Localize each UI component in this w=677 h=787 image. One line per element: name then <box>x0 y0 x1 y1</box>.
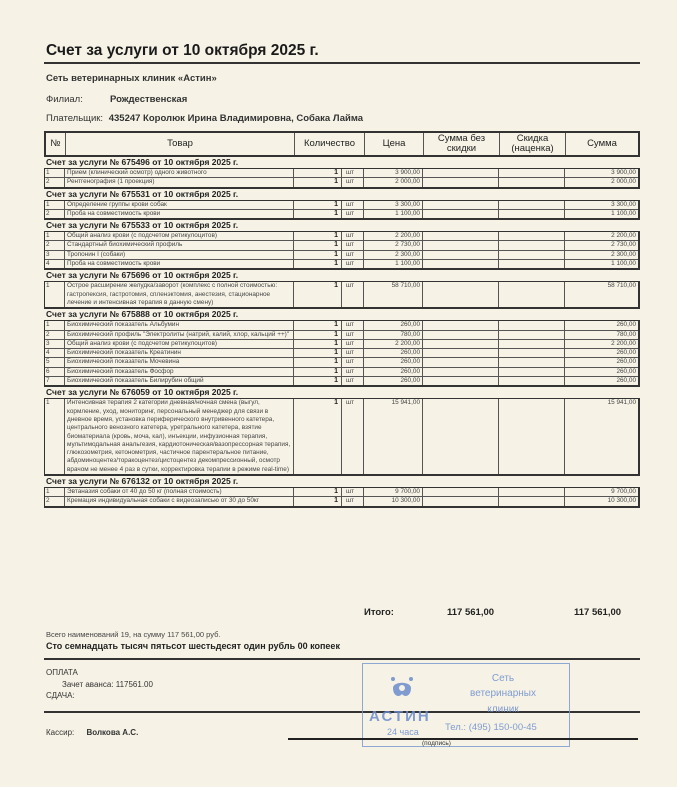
row-qty-value: 1 <box>294 377 342 385</box>
row-name: Эвтаназия собаки от 40 до 50 кг (полная … <box>65 488 294 496</box>
stamp-line-3: клиник <box>453 704 553 715</box>
row-sum: 9 700,00 <box>565 488 638 496</box>
row-sum-no-discount <box>423 169 499 177</box>
row-sum-no-discount <box>423 210 499 218</box>
row-sum: 2 000,00 <box>565 178 638 186</box>
row-unit: шт <box>342 260 363 268</box>
row-price: 260,00 <box>364 368 423 376</box>
row-sum-no-discount <box>423 232 499 240</box>
row-name: Общий анализ крови (с подсчетом ретикуло… <box>65 232 294 240</box>
row-price: 2 200,00 <box>364 232 423 240</box>
row-qty-value: 1 <box>294 488 342 496</box>
row-qty: 1шт <box>294 399 364 474</box>
invoice-group: 1Острое расширение желудка/заворот (комп… <box>44 281 640 309</box>
row-price: 1 100,00 <box>364 260 423 268</box>
row-qty: 1шт <box>294 260 364 268</box>
table-header: № Товар Количество Цена Сумма без скидки… <box>44 131 640 157</box>
table-row: 1Интенсивная терапия 2 категории дневная… <box>45 399 638 474</box>
row-sum: 2 730,00 <box>565 241 638 249</box>
row-price: 2 000,00 <box>364 178 423 186</box>
row-no: 3 <box>45 340 65 348</box>
row-qty: 1шт <box>294 497 364 505</box>
row-sum-no-discount <box>423 260 499 268</box>
organization-name: Сеть ветеринарных клиник «Астин» <box>46 73 217 84</box>
row-unit: шт <box>342 169 363 177</box>
row-qty-value: 1 <box>294 178 342 186</box>
signature-caption: (подпись) <box>422 740 451 747</box>
row-qty: 1шт <box>294 488 364 496</box>
row-discount <box>499 201 565 209</box>
row-sum-no-discount <box>423 201 499 209</box>
row-unit: шт <box>342 340 363 348</box>
invoice-group: 1Интенсивная терапия 2 категории дневная… <box>44 398 640 476</box>
row-qty: 1шт <box>294 178 364 186</box>
invoice-group-title: Счет за услуги № 675888 от 10 октября 20… <box>44 309 640 320</box>
row-qty: 1шт <box>294 331 364 339</box>
table-row: 1Острое расширение желудка/заворот (комп… <box>45 282 638 307</box>
row-sum-no-discount <box>423 488 499 496</box>
row-sum: 780,00 <box>565 331 638 339</box>
row-name: Интенсивная терапия 2 категории дневная/… <box>65 399 294 474</box>
row-qty-value: 1 <box>294 358 342 366</box>
row-no: 2 <box>45 331 65 339</box>
row-unit: шт <box>342 321 363 329</box>
table-row: 1Прием (клинический осмотр) одного живот… <box>45 169 638 178</box>
row-price: 15 941,00 <box>364 399 423 474</box>
row-sum: 2 200,00 <box>565 340 638 348</box>
row-qty: 1шт <box>294 368 364 376</box>
row-price: 260,00 <box>364 377 423 385</box>
row-qty: 1шт <box>294 210 364 218</box>
row-price: 2 300,00 <box>364 251 423 259</box>
row-qty: 1шт <box>294 251 364 259</box>
invoice-group-title: Счет за услуги № 676059 от 10 октября 20… <box>44 387 640 398</box>
row-qty-value: 1 <box>294 399 342 474</box>
row-sum: 260,00 <box>565 368 638 376</box>
row-name: Проба на совместимость крови <box>65 260 294 268</box>
row-sum: 2 200,00 <box>565 232 638 240</box>
row-sum: 260,00 <box>565 349 638 357</box>
signature-line <box>288 738 638 740</box>
header-name: Товар <box>66 133 295 155</box>
row-name: Биохимический показатель Мочевина <box>65 358 294 366</box>
invoice-group: 1Определение группы крови собак1шт3 300,… <box>44 200 640 221</box>
header-no: № <box>46 133 66 155</box>
row-price: 3 300,00 <box>364 201 423 209</box>
row-price: 2 200,00 <box>364 340 423 348</box>
row-no: 1 <box>45 282 65 307</box>
row-sum-no-discount <box>423 241 499 249</box>
divider <box>44 658 640 660</box>
row-no: 2 <box>45 210 65 218</box>
row-name: Биохимический профиль "Электролиты (натр… <box>65 331 294 339</box>
header-discount: Скидка (наценка) <box>500 133 566 155</box>
row-unit: шт <box>342 377 363 385</box>
row-unit: шт <box>342 497 363 505</box>
row-sum: 1 100,00 <box>565 210 638 218</box>
row-sum: 10 300,00 <box>565 497 638 505</box>
clinic-stamp: АСТИН 24 часа Сеть ветеринарных клиник Т… <box>362 663 570 747</box>
row-discount <box>499 321 565 329</box>
row-sum-no-discount <box>423 321 499 329</box>
row-name: Кремация индивидуальная собаки с видеоза… <box>65 497 294 505</box>
row-price: 2 730,00 <box>364 241 423 249</box>
row-discount <box>499 488 565 496</box>
row-unit: шт <box>342 368 363 376</box>
cashier-label: Кассир: <box>46 728 74 737</box>
header-sum-no-discount: Сумма без скидки <box>424 133 500 155</box>
stamp-hours: 24 часа <box>387 727 419 737</box>
row-qty: 1шт <box>294 282 364 307</box>
title-divider <box>44 62 640 64</box>
row-discount <box>499 169 565 177</box>
row-sum-no-discount <box>423 497 499 505</box>
row-qty-value: 1 <box>294 349 342 357</box>
row-price: 1 100,00 <box>364 210 423 218</box>
advance-offset: Зачет аванса: 117561.00 <box>62 680 153 689</box>
row-qty-value: 1 <box>294 210 342 218</box>
row-discount <box>499 331 565 339</box>
table-row: 2Проба на совместимость крови1шт1 100,00… <box>45 210 638 218</box>
paw-logo-icon <box>389 676 415 700</box>
cashier-line: Кассир: Волкова А.С. <box>46 728 138 737</box>
row-discount <box>499 377 565 385</box>
row-unit: шт <box>342 358 363 366</box>
row-unit: шт <box>342 349 363 357</box>
table-row: 1Эвтаназия собаки от 40 до 50 кг (полная… <box>45 488 638 497</box>
row-discount <box>499 260 565 268</box>
row-discount <box>499 340 565 348</box>
row-no: 2 <box>45 178 65 186</box>
row-discount <box>499 241 565 249</box>
row-discount <box>499 232 565 240</box>
row-sum-no-discount <box>423 349 499 357</box>
table-row: 7Биохимический показатель Билирубин общи… <box>45 377 638 385</box>
invoice-page: Счет за услуги от 10 октября 2025 г. Сет… <box>0 0 677 787</box>
row-no: 2 <box>45 497 65 505</box>
row-no: 1 <box>45 169 65 177</box>
row-qty: 1шт <box>294 349 364 357</box>
row-no: 6 <box>45 368 65 376</box>
row-sum-no-discount <box>423 331 499 339</box>
row-price: 780,00 <box>364 331 423 339</box>
row-name: Общий анализ крови (с подсчетом ретикуло… <box>65 340 294 348</box>
row-qty-value: 1 <box>294 169 342 177</box>
row-discount <box>499 349 565 357</box>
payer-line: Плательщик: 435247 Королюк Ирина Владими… <box>46 113 363 124</box>
totals-price-sum: 117 561,00 <box>447 607 494 618</box>
row-unit: шт <box>342 232 363 240</box>
row-unit: шт <box>342 251 363 259</box>
row-discount <box>499 399 565 474</box>
row-discount <box>499 282 565 307</box>
row-sum: 15 941,00 <box>565 399 638 474</box>
row-sum-no-discount <box>423 251 499 259</box>
row-sum-no-discount <box>423 178 499 186</box>
row-price: 58 710,00 <box>364 282 423 307</box>
page-title: Счет за услуги от 10 октября 2025 г. <box>46 42 319 60</box>
table-row: 2Стандартный биохимический профиль1шт2 7… <box>45 241 638 250</box>
row-price: 3 900,00 <box>364 169 423 177</box>
row-sum-no-discount <box>423 282 499 307</box>
row-price: 260,00 <box>364 358 423 366</box>
stamp-line-1: Сеть <box>453 673 553 684</box>
invoice-group: 1Эвтаназия собаки от 40 до 50 кг (полная… <box>44 487 640 508</box>
row-qty-value: 1 <box>294 497 342 505</box>
row-qty: 1шт <box>294 201 364 209</box>
row-price: 260,00 <box>364 321 423 329</box>
row-qty: 1шт <box>294 340 364 348</box>
row-name: Биохимический показатель Креатинин <box>65 349 294 357</box>
row-name: Биохимический показатель Билирубин общий <box>65 377 294 385</box>
row-sum: 260,00 <box>565 377 638 385</box>
payer-value: 435247 Королюк Ирина Владимировна, Собак… <box>109 113 363 124</box>
invoice-group-title: Счет за услуги № 675531 от 10 октября 20… <box>44 189 640 200</box>
row-no: 1 <box>45 201 65 209</box>
row-discount <box>499 358 565 366</box>
row-unit: шт <box>342 210 363 218</box>
row-qty-value: 1 <box>294 282 342 307</box>
row-no: 7 <box>45 377 65 385</box>
invoice-group-title: Счет за услуги № 676132 от 10 октября 20… <box>44 476 640 487</box>
row-no: 4 <box>45 260 65 268</box>
row-name: Прием (клинический осмотр) одного животн… <box>65 169 294 177</box>
row-qty-value: 1 <box>294 251 342 259</box>
row-discount <box>499 178 565 186</box>
row-qty: 1шт <box>294 241 364 249</box>
services-table: № Товар Количество Цена Сумма без скидки… <box>44 131 640 508</box>
table-row: 6Биохимический показатель Фосфор1шт260,0… <box>45 368 638 377</box>
row-qty-value: 1 <box>294 201 342 209</box>
row-unit: шт <box>342 488 363 496</box>
row-no: 1 <box>45 488 65 496</box>
row-price: 9 700,00 <box>364 488 423 496</box>
branch-value: Рождественская <box>110 94 187 105</box>
row-qty: 1шт <box>294 232 364 240</box>
invoice-group-title: Счет за услуги № 675533 от 10 октября 20… <box>44 220 640 231</box>
row-discount <box>499 368 565 376</box>
row-name: Определение группы крови собак <box>65 201 294 209</box>
invoice-group: 1Общий анализ крови (с подсчетом ретикул… <box>44 231 640 270</box>
items-count-line: Всего наименований 19, на сумму 117 561,… <box>46 630 221 639</box>
row-qty: 1шт <box>294 377 364 385</box>
row-qty-value: 1 <box>294 368 342 376</box>
row-qty-value: 1 <box>294 340 342 348</box>
table-row: 1Определение группы крови собак1шт3 300,… <box>45 201 638 210</box>
row-qty-value: 1 <box>294 232 342 240</box>
row-no: 4 <box>45 349 65 357</box>
row-qty: 1шт <box>294 169 364 177</box>
totals-sum: 117 561,00 <box>574 607 621 618</box>
table-row: 2Рентгенография (1 проекция)1шт2 000,002… <box>45 178 638 186</box>
row-unit: шт <box>342 241 363 249</box>
row-sum-no-discount <box>423 340 499 348</box>
row-sum: 1 100,00 <box>565 260 638 268</box>
stamp-line-2: ветеринарных <box>453 688 553 699</box>
table-row: 1Биохимический показатель Альбумин1шт260… <box>45 321 638 330</box>
row-name: Проба на совместимость крови <box>65 210 294 218</box>
row-sum-no-discount <box>423 399 499 474</box>
row-unit: шт <box>342 178 363 186</box>
row-no: 3 <box>45 251 65 259</box>
amount-in-words: Сто семнадцать тысяч пятьсот шестьдесят … <box>46 641 340 651</box>
row-unit: шт <box>342 201 363 209</box>
row-unit: шт <box>342 331 363 339</box>
row-no: 1 <box>45 321 65 329</box>
row-no: 1 <box>45 399 65 474</box>
row-sum-no-discount <box>423 368 499 376</box>
row-name: Острое расширение желудка/заворот (компл… <box>65 282 294 307</box>
row-qty-value: 1 <box>294 331 342 339</box>
row-sum: 260,00 <box>565 321 638 329</box>
row-name: Тропонин I (собаки) <box>65 251 294 259</box>
row-sum: 2 300,00 <box>565 251 638 259</box>
table-row: 2Кремация индивидуальная собаки с видеоз… <box>45 497 638 505</box>
totals-label: Итого: <box>364 607 394 618</box>
row-name: Стандартный биохимический профиль <box>65 241 294 249</box>
payment-label: ОПЛАТА <box>46 668 78 677</box>
invoice-group-title: Счет за услуги № 675496 от 10 октября 20… <box>44 157 640 168</box>
row-sum-no-discount <box>423 358 499 366</box>
header-qty: Количество <box>295 133 365 155</box>
table-row: 3Общий анализ крови (с подсчетом ретикул… <box>45 340 638 349</box>
row-name: Биохимический показатель Альбумин <box>65 321 294 329</box>
cashier-name: Волкова А.С. <box>86 728 138 737</box>
row-price: 260,00 <box>364 349 423 357</box>
row-qty: 1шт <box>294 358 364 366</box>
branch-line: Филиал: Рождественская <box>46 94 83 105</box>
row-qty-value: 1 <box>294 241 342 249</box>
row-name: Рентгенография (1 проекция) <box>65 178 294 186</box>
row-no: 2 <box>45 241 65 249</box>
change-label: СДАЧА: <box>46 691 75 700</box>
row-qty-value: 1 <box>294 321 342 329</box>
row-qty: 1шт <box>294 321 364 329</box>
row-discount <box>499 251 565 259</box>
stamp-phone: Тел.: (495) 150-00-45 <box>445 722 537 733</box>
row-price: 10 300,00 <box>364 497 423 505</box>
stamp-brand: АСТИН <box>369 708 431 725</box>
invoice-group: 1Прием (клинический осмотр) одного живот… <box>44 168 640 189</box>
row-unit: шт <box>342 282 363 307</box>
table-row: 3Тропонин I (собаки)1шт2 300,002 300,00 <box>45 251 638 260</box>
header-price: Цена <box>365 133 424 155</box>
table-row: 2Биохимический профиль "Электролиты (нат… <box>45 331 638 340</box>
table-row: 5Биохимический показатель Мочевина1шт260… <box>45 358 638 367</box>
row-sum: 260,00 <box>565 358 638 366</box>
row-name: Биохимический показатель Фосфор <box>65 368 294 376</box>
payer-label: Плательщик: <box>46 113 103 124</box>
row-no: 1 <box>45 232 65 240</box>
invoice-group-title: Счет за услуги № 675696 от 10 октября 20… <box>44 270 640 281</box>
table-row: 4Проба на совместимость крови1шт1 100,00… <box>45 260 638 268</box>
row-no: 5 <box>45 358 65 366</box>
row-discount <box>499 497 565 505</box>
invoice-group: 1Биохимический показатель Альбумин1шт260… <box>44 320 640 387</box>
table-body: Счет за услуги № 675496 от 10 октября 20… <box>44 157 640 508</box>
branch-label: Филиал: <box>46 94 83 105</box>
row-sum: 3 900,00 <box>565 169 638 177</box>
header-sum: Сумма <box>566 133 638 155</box>
row-sum: 58 710,00 <box>565 282 638 307</box>
row-qty-value: 1 <box>294 260 342 268</box>
row-unit: шт <box>342 399 363 474</box>
row-sum-no-discount <box>423 377 499 385</box>
row-sum: 3 300,00 <box>565 201 638 209</box>
row-discount <box>499 210 565 218</box>
